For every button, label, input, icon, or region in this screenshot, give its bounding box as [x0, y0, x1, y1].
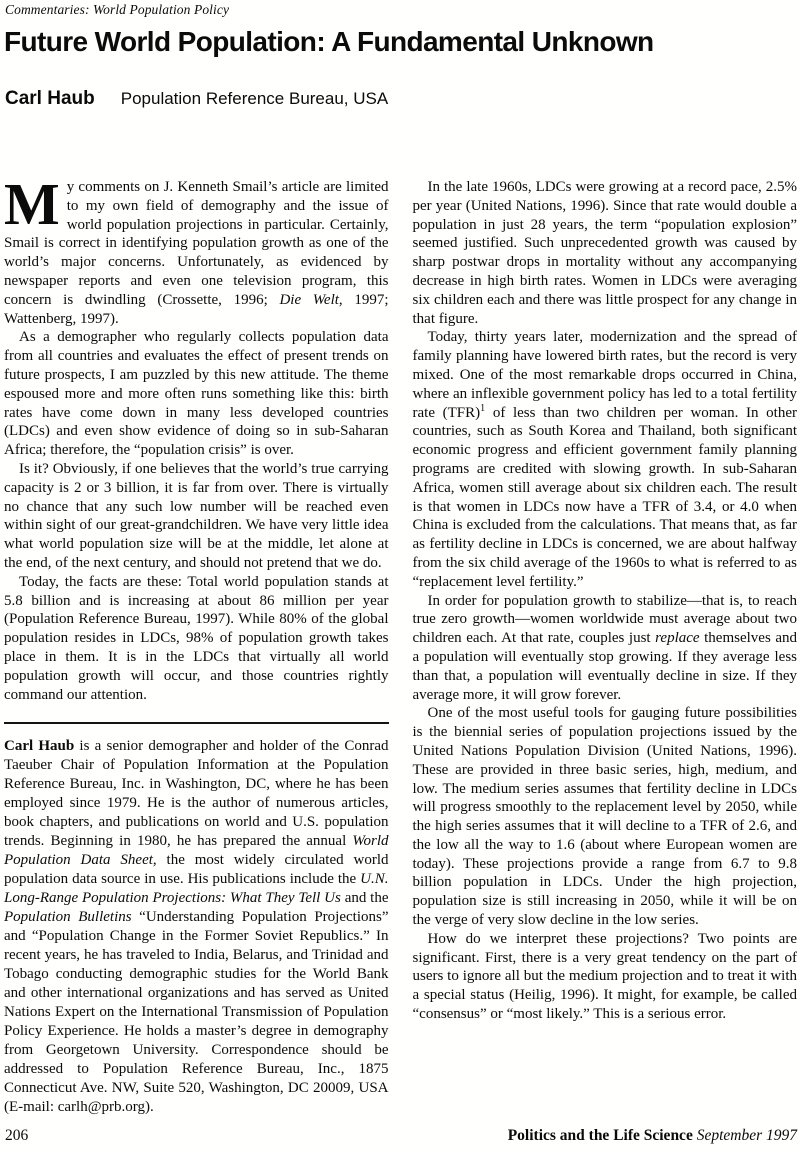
running-head: Commentaries: World Population Policy [5, 2, 229, 18]
author-affiliation: Population Reference Bureau, USA [121, 89, 388, 108]
left-column-text: My comments on J. Kenneth Smail’s articl… [4, 178, 389, 704]
byline: Carl HaubPopulation Reference Bureau, US… [5, 88, 388, 110]
paragraph: As a demographer who regularly collects … [4, 328, 389, 460]
paragraph: Today, the facts are these: Total world … [4, 573, 389, 705]
paragraph: Is it? Obviously, if one believes that t… [4, 460, 389, 573]
author-name: Carl Haub [5, 88, 95, 109]
paragraph: How do we interpret these projections? T… [413, 930, 798, 1024]
journal-credit: Politics and the Life Science September … [508, 1127, 797, 1145]
paragraph: In order for population growth to stabil… [413, 592, 798, 705]
journal-issue-date: September 1997 [697, 1127, 797, 1144]
paragraph: My comments on J. Kenneth Smail’s articl… [4, 178, 389, 328]
text-segment: “Understanding Population Projections” a… [4, 909, 389, 1115]
italic-text: replace [655, 630, 699, 646]
text-segment: is a senior demographer and holder of th… [4, 738, 389, 849]
text-segment: Is it? Obviously, if one believes that t… [4, 461, 389, 571]
author-bio: Carl Haub is a senior demographer and ho… [4, 722, 389, 1117]
italic-text: Population Bulletins [4, 909, 132, 925]
paragraph: In the late 1960s, LDCs were growing at … [413, 178, 798, 328]
right-column-text: In the late 1960s, LDCs were growing at … [413, 178, 798, 1024]
text-segment: y comments on J. Kenneth Smail’s article… [4, 179, 389, 308]
drop-cap: M [4, 181, 60, 232]
journal-name: Politics and the Life Science [508, 1127, 693, 1144]
article-title: Future World Population: A Fundamental U… [4, 26, 654, 58]
text-segment: One of the most useful tools for gauging… [413, 705, 798, 928]
right-column: In the late 1960s, LDCs were growing at … [413, 178, 798, 1117]
text-segment: Today, the facts are these: Total world … [4, 574, 389, 703]
text-segment: In the late 1960s, LDCs were growing at … [413, 179, 798, 327]
text-segment: of less than two children per woman. In … [413, 405, 798, 590]
article-body: My comments on J. Kenneth Smail’s articl… [4, 178, 797, 1117]
text-segment: As a demographer who regularly collects … [4, 329, 389, 458]
author-bio-text: Carl Haub is a senior demographer and ho… [4, 737, 389, 1117]
page-number: 206 [5, 1127, 28, 1145]
text-segment: How do we interpret these projections? T… [413, 931, 798, 1022]
bold-text: Carl Haub [4, 738, 74, 754]
left-column: My comments on J. Kenneth Smail’s articl… [4, 178, 389, 1117]
italic-text: Die Welt [279, 292, 338, 308]
text-segment: and the [341, 890, 389, 906]
paragraph: One of the most useful tools for gauging… [413, 704, 798, 930]
paragraph: Today, thirty years later, modernization… [413, 328, 798, 591]
journal-page: Commentaries: World Population Policy Fu… [0, 0, 800, 1152]
page-footer: 206 Politics and the Life Science Septem… [5, 1127, 797, 1145]
paragraph: Carl Haub is a senior demographer and ho… [4, 737, 389, 1117]
